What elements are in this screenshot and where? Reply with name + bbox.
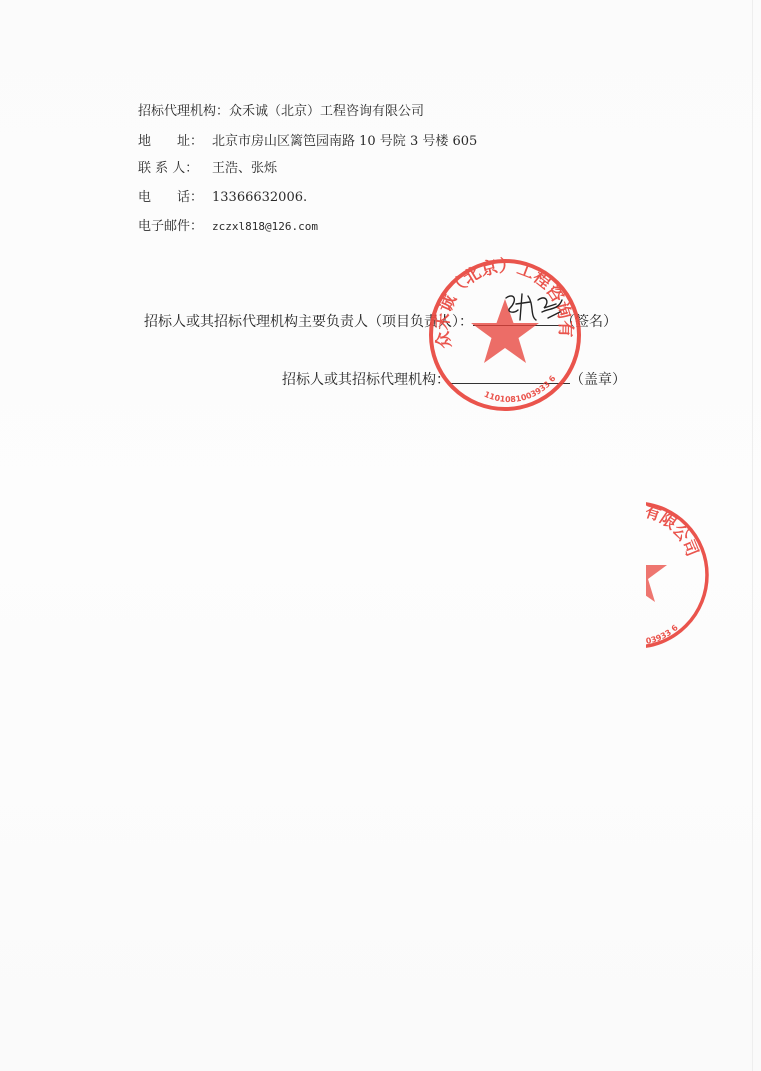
phone-line: 电 话：13366632006. [138, 190, 307, 206]
stamp-prompt: 招标人或其招标代理机构： [282, 372, 450, 388]
email-label: 电子邮件： [138, 219, 212, 235]
agency-name: 众禾诚（北京）工程咨询有限公司 [229, 104, 424, 120]
signature-suffix: （签名） [561, 314, 617, 330]
contact-label: 联 系 人： [138, 161, 212, 177]
phone-label: 电 话： [138, 190, 212, 206]
contact-line: 联 系 人：王浩、张烁 [138, 161, 277, 177]
document-page: 招标代理机构：众禾诚（北京）工程咨询有限公司 地 址：北京市房山区篱笆园南路 1… [0, 0, 761, 1071]
stamp-field [450, 369, 570, 384]
seal-company-text: 众禾诚（北京）工程咨询有限公司 [425, 255, 576, 350]
stamp-suffix: （盖章） [570, 372, 626, 388]
signature-field [473, 311, 561, 326]
svg-text:众禾诚（北京）工程咨询有限公司: 众禾诚（北京）工程咨询有限公司 [425, 255, 576, 350]
svg-text:询有限公司: 询有限公司 [627, 500, 702, 559]
agency-label: 招标代理机构： [138, 104, 229, 120]
contact-value: 王浩、张烁 [212, 161, 277, 177]
svg-text:1101081003933 6: 1101081003933 6 [603, 623, 680, 647]
phone-value: 13366632006. [212, 190, 307, 206]
signature-prompt: 招标人或其招标代理机构主要负责人（项目负责人）： [144, 314, 473, 330]
partial-seal-number: 1101081003933 6 [603, 623, 680, 647]
address-label: 地 址： [138, 134, 212, 150]
email-value[interactable]: zczxl818@126.com [212, 219, 318, 235]
address-line: 地 址：北京市房山区篱笆园南路 10 号院 3 号楼 605 [138, 134, 477, 150]
company-seal-icon: 众禾诚（北京）工程咨询有限公司 1101081003933 6 [425, 255, 585, 415]
signature-line: 招标人或其招标代理机构主要负责人（项目负责人）：（签名） [144, 311, 617, 331]
address-value: 北京市房山区篱笆园南路 10 号院 3 号楼 605 [212, 134, 477, 150]
stamp-line: 招标人或其招标代理机构：（盖章） [282, 369, 626, 389]
partial-seal-text: 询有限公司 [627, 500, 702, 559]
email-line: 电子邮件：zczxl818@126.com [138, 219, 318, 235]
partial-seal-icon: 询有限公司 1101081003933 6 [560, 500, 710, 650]
page-edge [752, 0, 753, 1071]
agency-line: 招标代理机构：众禾诚（北京）工程咨询有限公司 [138, 104, 424, 120]
